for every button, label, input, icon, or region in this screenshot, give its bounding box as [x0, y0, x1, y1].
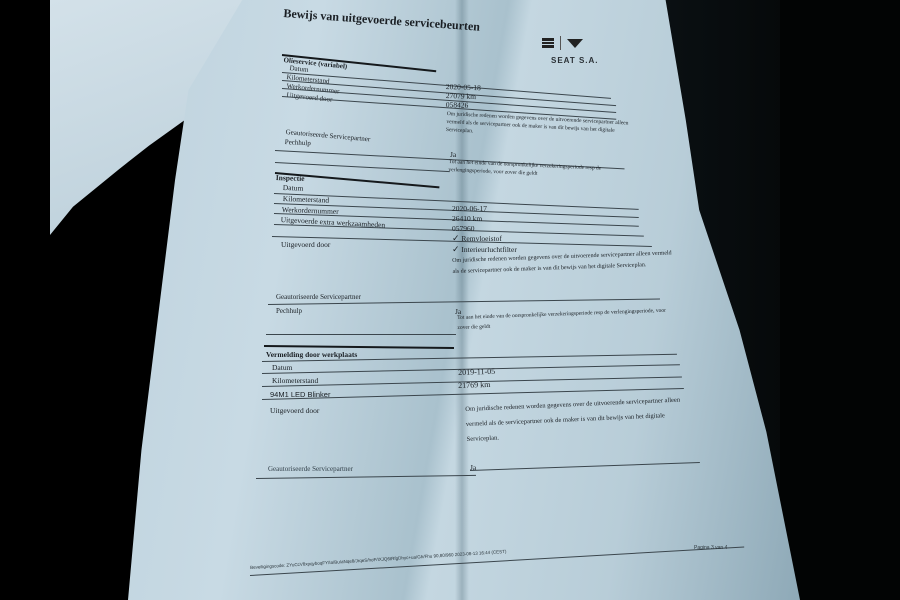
page-number: Pagina 3 van 4	[694, 545, 727, 551]
background-right	[780, 0, 900, 600]
logo-separator	[560, 36, 561, 50]
field-value-workorder: 058426	[446, 100, 469, 110]
field-label: Pechhulp	[285, 138, 311, 147]
section-heading: Inspectie	[276, 173, 305, 183]
field-label: Geautoriseerde Servicepartner	[268, 465, 353, 473]
cupra-logo-icon	[567, 39, 583, 48]
brand-logo	[542, 36, 583, 50]
extra-work-item: Remvloeistof	[461, 234, 501, 243]
field-label: Kilometerstand	[272, 376, 318, 385]
field-value-date: 2019-11-05	[458, 367, 495, 377]
checkmark-icon: ✓	[452, 245, 460, 255]
field-label: Uitgevoerd door	[270, 406, 319, 415]
brand-name: SEAT S.A.	[551, 56, 599, 65]
row-line	[266, 334, 456, 335]
field-label: Uitgevoerd door	[281, 240, 330, 249]
checkmark-icon: ✓	[452, 234, 460, 244]
field-label: Geautoriseerde Servicepartner	[276, 293, 361, 301]
seat-logo-icon	[542, 38, 554, 48]
field-value-km: 21769 km	[458, 380, 491, 390]
field-label: Datum	[272, 363, 292, 372]
field-value-date: 2020-06-17	[452, 204, 487, 213]
field-label: Pechhulp	[276, 307, 302, 315]
background	[0, 0, 50, 600]
extra-work-item: Interieurluchtfilter	[461, 245, 516, 254]
section-heading: Vermelding door werkplaats	[266, 350, 357, 359]
field-value-km: 26410 km	[452, 214, 482, 223]
field-label: Datum	[283, 183, 304, 193]
extra-work-check-1: ✓ Remvloeistof	[452, 234, 502, 244]
field-value-workorder: 057960	[452, 224, 475, 233]
